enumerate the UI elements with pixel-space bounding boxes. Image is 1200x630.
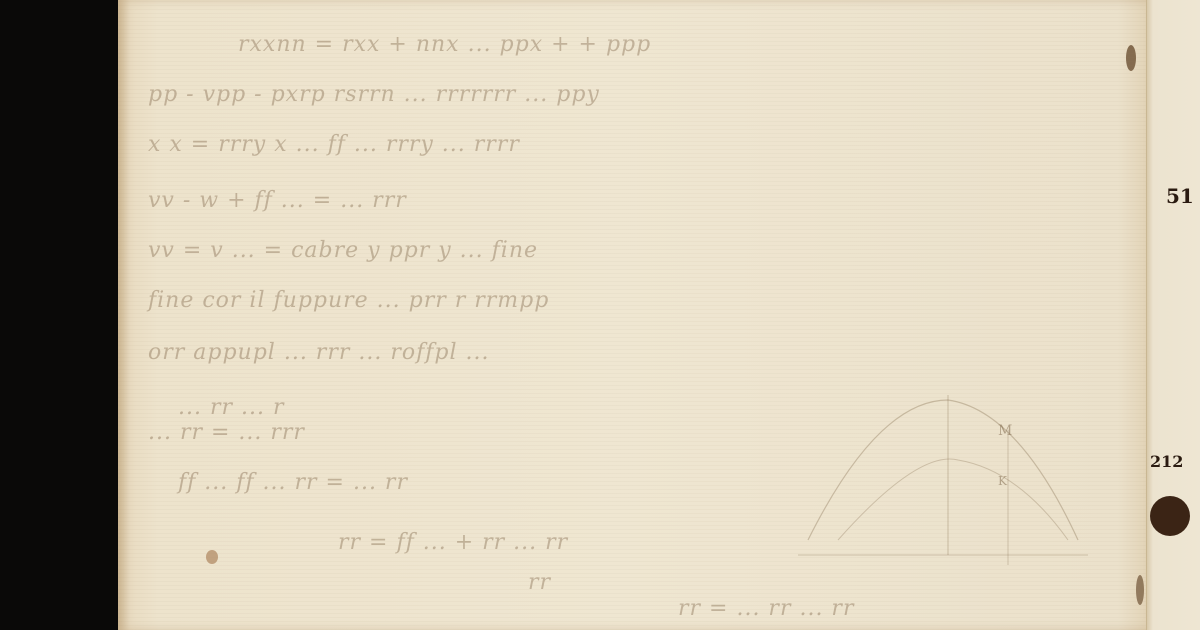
folio-number: 51 xyxy=(1166,184,1194,208)
margin-number: 212 xyxy=(1150,452,1183,471)
manuscript-line: rr = ff ... + rr ... rr xyxy=(338,530,568,555)
dark-background xyxy=(0,0,125,630)
manuscript-line: vv - w + ff ... = ... rrr xyxy=(148,188,407,213)
manuscript-line: pp - vpp - pxrp rsrrn ... rrrrrrr ... pp… xyxy=(148,82,600,107)
manuscript-line: rxxnn = rxx + nnx ... ppx + + ppp xyxy=(238,32,651,57)
manuscript-line: rr = ... rr ... rr xyxy=(678,596,854,621)
manuscript-line: x x = rrry x ... ff ... rrry ... rrrr xyxy=(148,132,520,157)
manuscript-line: ff ... ff ... rr = ... rr xyxy=(178,470,408,495)
ink-stain xyxy=(1136,575,1144,605)
manuscript-line: ... rr ... r xyxy=(178,395,285,420)
sketch-label-k: K xyxy=(998,474,1008,488)
manuscript-line: fine cor il fuppure ... prr r rrmpp xyxy=(148,288,549,313)
manuscript-line: orr appupl ... rrr ... roffpl ... xyxy=(148,340,489,365)
manuscript-line: rr xyxy=(528,570,551,595)
seal-mark: (seal) xyxy=(1150,496,1190,536)
sketch-label-m: M xyxy=(998,423,1012,439)
ink-stain xyxy=(1126,45,1136,71)
manuscript-line: vv = v ... = cabre y ppr y ... fine xyxy=(148,238,538,263)
ink-stain xyxy=(206,550,218,564)
manuscript-page: rxxnn = rxx + nnx ... ppx + + ppp pp - v… xyxy=(118,0,1148,630)
manuscript-line: ... rr = ... rrr xyxy=(148,420,305,445)
geometric-sketch: M K xyxy=(798,390,1098,570)
